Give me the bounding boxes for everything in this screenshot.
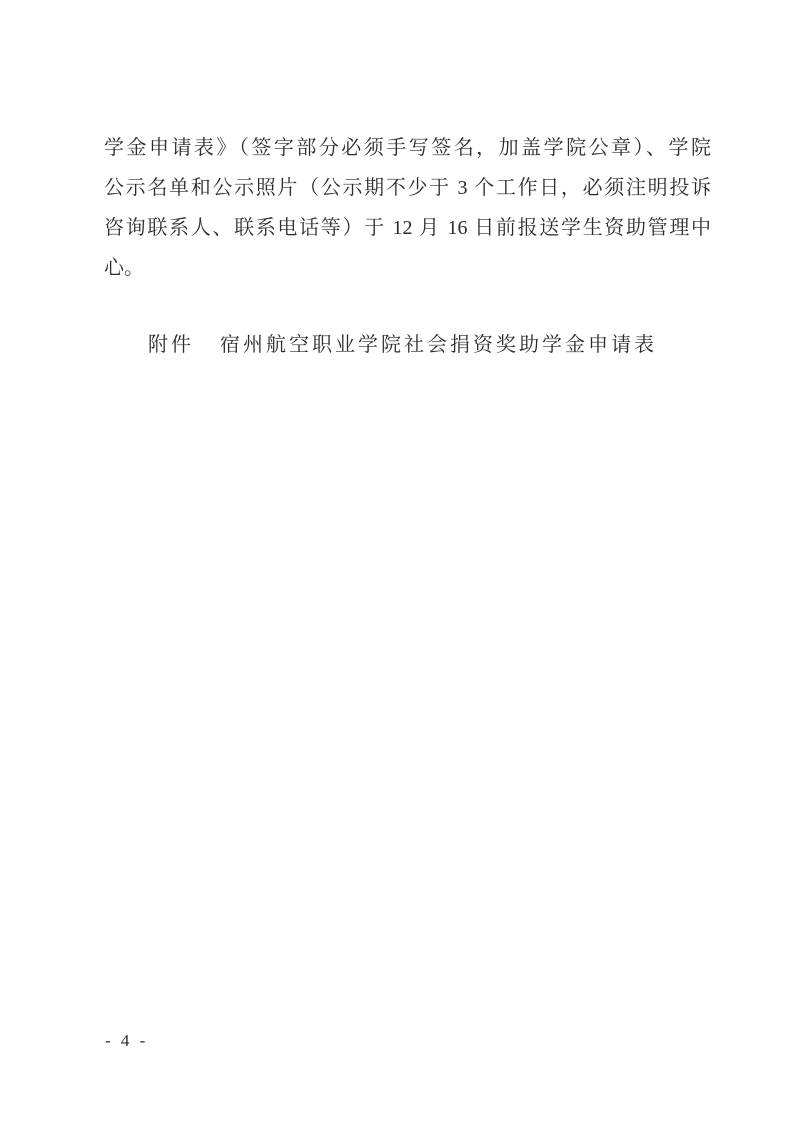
- paragraph-line-3: 咨询联系人、联系电话等）于 12 月 16 日前报送学生资助管理中: [104, 208, 711, 248]
- attachment-line: 附件 宿州航空职业学院社会捐资奖助学金申请表: [148, 325, 657, 365]
- paragraph-line-2: 公示名单和公示照片（公示期不少于 3 个工作日，必须注明投诉: [104, 168, 711, 208]
- paragraph-line-1: 学金申请表》（签字部分必须手写签名，加盖学院公章）、学院: [104, 128, 711, 168]
- page-number: - 4 -: [105, 1030, 148, 1052]
- attachment-label: 附件: [148, 334, 194, 356]
- paragraph-line-4: 心。: [104, 248, 711, 288]
- document-page: 学金申请表》（签字部分必须手写签名，加盖学院公章）、学院 公示名单和公示照片（公…: [0, 0, 793, 1122]
- body-paragraph: 学金申请表》（签字部分必须手写签名，加盖学院公章）、学院 公示名单和公示照片（公…: [104, 128, 711, 288]
- attachment-title: 宿州航空职业学院社会捐资奖助学金申请表: [220, 334, 657, 356]
